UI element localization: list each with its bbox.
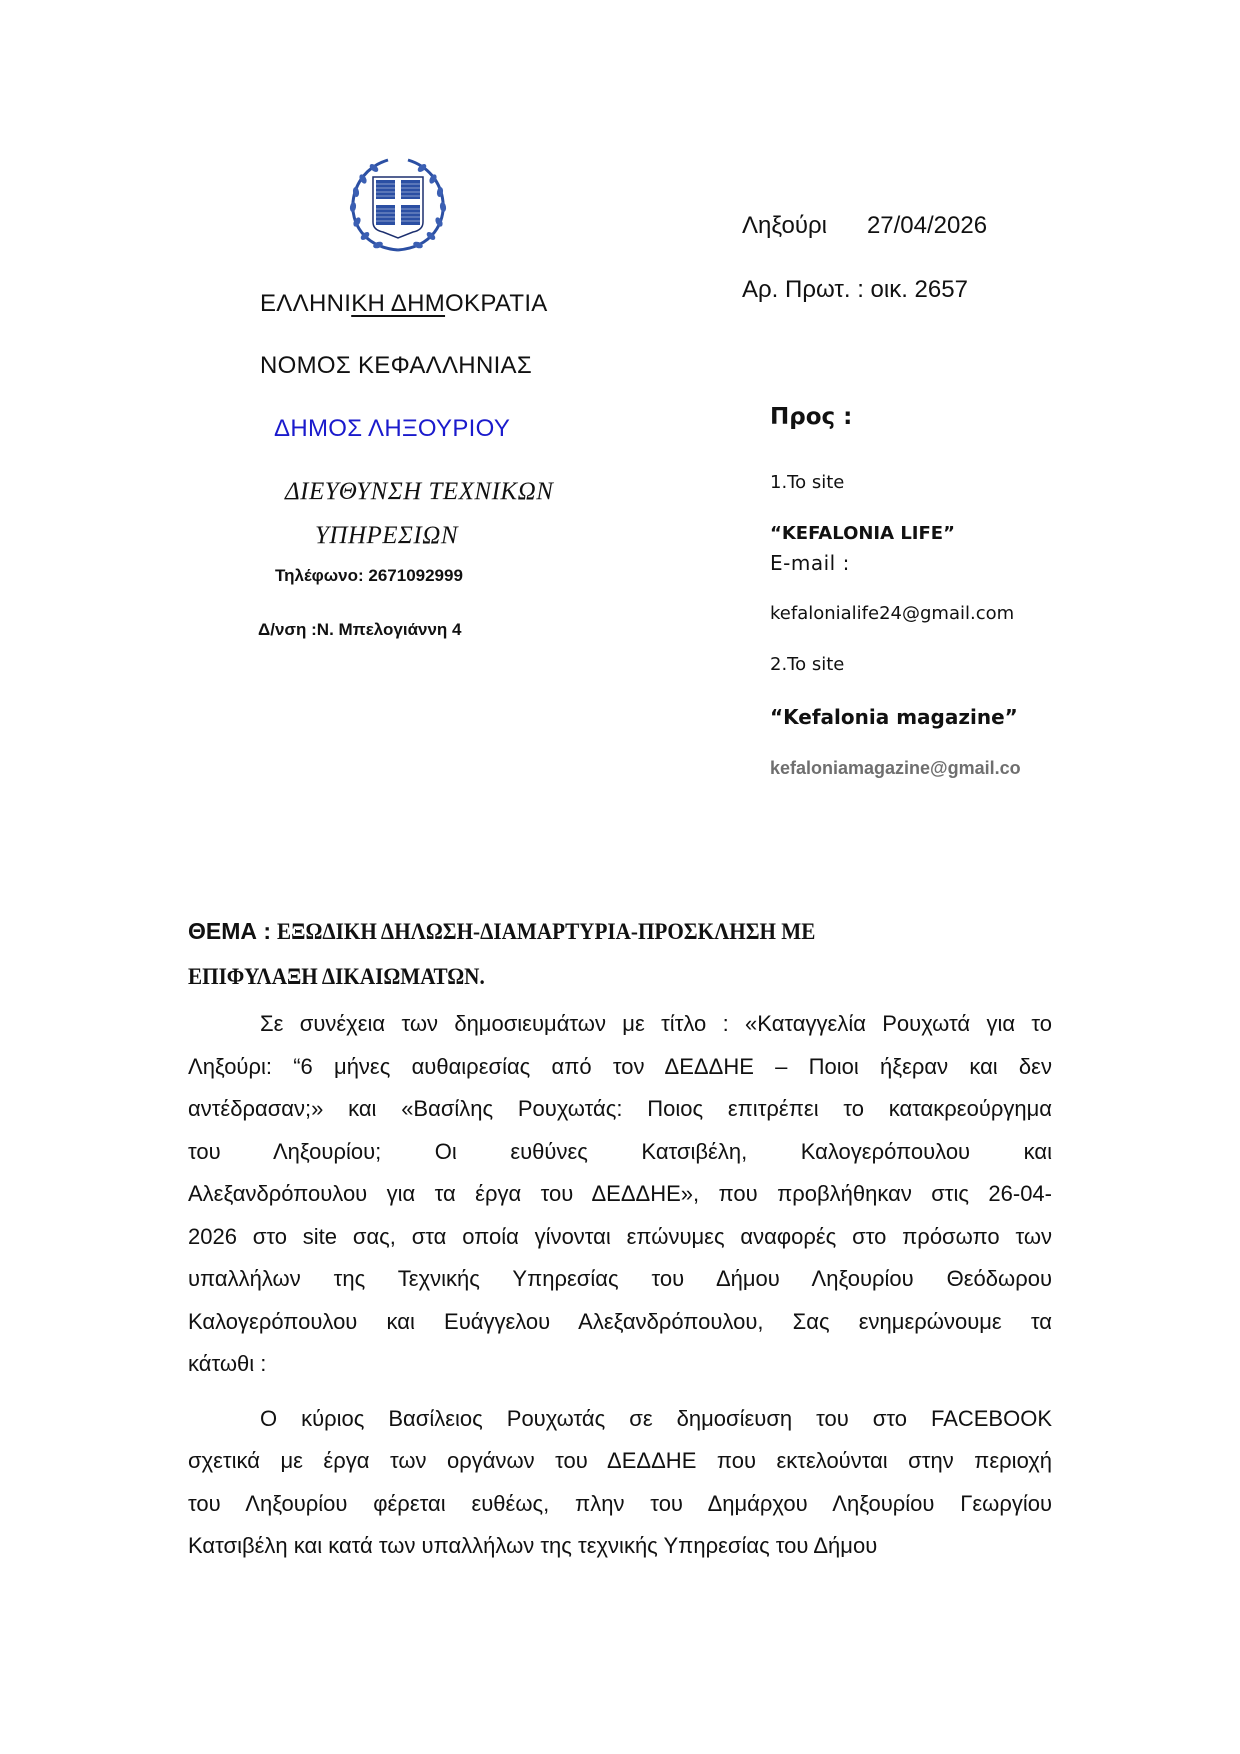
- recipients-label: Προς :: [770, 404, 852, 430]
- body-line: Καλογερόπουλου και Ευάγγελου Αλεξανδρόπο…: [188, 1301, 1052, 1344]
- body-line: αντέδρασαν;» και «Βασίλης Ρουχωτάς: Ποιο…: [188, 1088, 1052, 1131]
- country-name-suffix: ΟΚΡΑΤΙΑ: [445, 290, 548, 317]
- subject-text-line1: ΕΞΩΔΙΚΗ ΔΗΛΩΣΗ-ΔΙΑΜΑΡΤΥΡΙΑ-ΠΡΟΣΚΛΗΣΗ ΜΕ: [277, 909, 815, 955]
- place-date: Ληξούρι27/04/2026: [742, 212, 987, 240]
- subject-line1: ΘΕΜΑ : ΕΞΩΔΙΚΗ ΔΗΛΩΣΗ-ΔΙΑΜΑΡΤΥΡΙΑ-ΠΡΟΣΚΛ…: [188, 908, 1058, 954]
- country-name-prefix: ΕΛΛΗΝΙ: [260, 290, 351, 317]
- body-line: του Ληξουρίου; Οι ευθύνες Κατσιβέλη, Καλ…: [188, 1131, 1052, 1174]
- body-line: Ο κύριος Βασίλειος Ρουχωτάς σε δημοσίευσ…: [188, 1398, 1052, 1441]
- subject: ΘΕΜΑ : ΕΞΩΔΙΚΗ ΔΗΛΩΣΗ-ΔΙΑΜΑΡΤΥΡΙΑ-ΠΡΟΣΚΛ…: [188, 908, 1058, 1000]
- recipient-2-email[interactable]: kefaloniamagazine@gmail.co: [770, 758, 1021, 779]
- recipient-1-email-label: E-mail :: [770, 551, 850, 575]
- body-line: Αλεξανδρόπουλου για τα έργα του ΔΕΔΔΗΕ»,…: [188, 1173, 1052, 1216]
- body-line: υπαλλήλων της Τεχνικής Υπηρεσίας του Δήμ…: [188, 1258, 1052, 1301]
- body-line: Σε συνέχεια των δημοσιευμάτων με τίτλο :…: [188, 1003, 1052, 1046]
- paragraph-1: Σε συνέχεια των δημοσιευμάτων με τίτλο :…: [188, 1003, 1052, 1386]
- letter-body: Σε συνέχεια των δημοσιευμάτων με τίτλο :…: [188, 1003, 1052, 1568]
- body-line: σχετικά με έργα των οργάνων του ΔΕΔΔΗΕ π…: [188, 1440, 1052, 1483]
- body-line: 2026 στο site σας, στα οποία γίνονται επ…: [188, 1216, 1052, 1259]
- department-line1: ΔΙΕΥΘΥΝΣΗ ΤΕΧΝΙΚΩΝ: [285, 478, 553, 506]
- subject-label: ΘΕΜΑ :: [188, 918, 277, 944]
- recipient-1-email[interactable]: kefalonialife24@gmail.com: [770, 603, 1014, 624]
- paragraph-2: Ο κύριος Βασίλειος Ρουχωτάς σε δημοσίευσ…: [188, 1398, 1052, 1568]
- municipality: ΔΗΜΟΣ ΛΗΞΟΥΡΙΟΥ: [274, 415, 510, 443]
- prefecture: ΝΟΜΟΣ ΚΕΦΑΛΛΗΝΙΑΣ: [260, 352, 532, 380]
- country-name-underlined: ΚΗ ΔΗΜ: [351, 290, 445, 317]
- date: 27/04/2026: [867, 212, 987, 239]
- phone: Τηλέφωνο: 2671092999: [275, 566, 463, 586]
- recipient-1-item: 1.To site: [770, 472, 844, 493]
- recipient-2-name: “Kefalonia magazine”: [770, 705, 1018, 729]
- protocol-number: Αρ. Πρωτ. : οικ. 2657: [742, 276, 968, 304]
- subject-line2: ΕΠΙΦΥΛΑΞΗ ΔΙΚΑΙΩΜΑΤΩΝ.: [188, 954, 1058, 1000]
- address: Δ/νση :Ν. Μπελογιάννη 4: [258, 620, 462, 640]
- body-line: του Ληξουρίου φέρεται ευθέως, πλην του Δ…: [188, 1483, 1052, 1526]
- body-line: Ληξούρι: “6 μήνες αυθαιρεσίας από τον ΔΕ…: [188, 1046, 1052, 1089]
- body-line: κάτωθι :: [188, 1343, 1052, 1386]
- place: Ληξούρι: [742, 212, 827, 239]
- body-line: Κατσιβέλη και κατά των υπαλλήλων της τεχ…: [188, 1525, 1052, 1568]
- subject-text-line2: ΕΠΙΦΥΛΑΞΗ ΔΙΚΑΙΩΜΑΤΩΝ.: [188, 954, 485, 1000]
- recipient-2-item: 2.To site: [770, 654, 844, 675]
- department-line2: ΥΠΗΡΕΣΙΩΝ: [315, 522, 458, 550]
- country-name: ΕΛΛΗΝΙΚΗ ΔΗΜΟΚΡΑΤΙΑ: [260, 290, 548, 318]
- recipient-1-name: “KEFALONIA LIFE”: [770, 523, 955, 544]
- greek-coat-of-arms-icon: [343, 152, 453, 257]
